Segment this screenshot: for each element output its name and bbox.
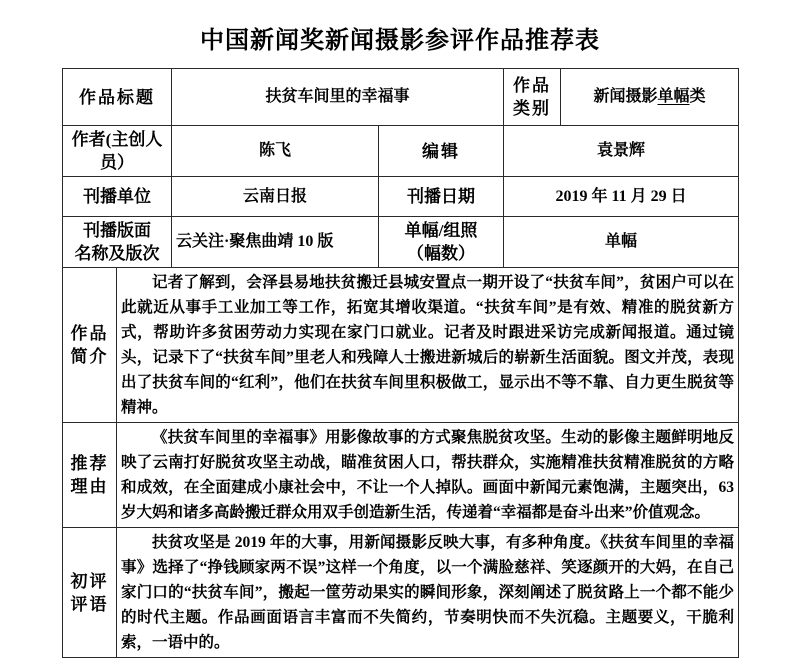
recommend-reason-text: 《扶贫车间里的幸福事》用影像故事的方式聚焦脱贫攻坚。生动的影像主题鲜明地反映了云… (121, 425, 734, 525)
label-recommend-reason: 推荐 理由 (63, 423, 117, 528)
label-editor: 编辑 (379, 126, 504, 177)
publish-date-value: 2019 年 11 月 29 日 (504, 177, 739, 217)
initial-review-paragraph: 扶贫攻坚是 2019 年的大事，用新闻摄影反映大事，有多种角度。《扶贫车间里的幸… (117, 528, 739, 658)
row-author: 作者(主创人 员） 陈飞 编辑 袁景辉 (63, 126, 739, 177)
row-publisher: 刊播单位 云南日报 刊播日期 2019 年 11 月 29 日 (63, 177, 739, 217)
label-publish-date: 刊播日期 (379, 177, 504, 217)
editor-value: 袁景辉 (504, 126, 739, 177)
category-underlined-text: 单幅 (658, 88, 690, 105)
label-work-category: 作品 类别 (504, 69, 561, 126)
row-work-intro: 作品 简介 记者了解到，会泽县易地扶贫搬迁县城安置点一期开设了“扶贫车间”，贫困… (63, 268, 739, 423)
label-author: 作者(主创人 员） (63, 126, 172, 177)
label-publish-org: 刊播单位 (63, 177, 172, 217)
initial-review-text: 扶贫攻坚是 2019 年的大事，用新闻摄影反映大事，有多种角度。《扶贫车间里的幸… (121, 530, 734, 655)
label-publish-page: 刊播版面 名称及版次 (63, 217, 172, 268)
work-title-value: 扶贫车间里的幸福事 (172, 69, 504, 126)
format-value: 单幅 (504, 217, 739, 268)
publish-org-value: 云南日报 (172, 177, 379, 217)
row-recommend-reason: 推荐 理由 《扶贫车间里的幸福事》用影像故事的方式聚焦脱贫攻坚。生动的影像主题鲜… (63, 423, 739, 528)
recommendation-form-table: 作品标题 扶贫车间里的幸福事 作品 类别 新闻摄影单幅类 作者(主创人 员） 陈… (62, 68, 739, 658)
label-format: 单幅/组照 （幅数） (379, 217, 504, 268)
page: { "page": { "title": "中国新闻奖新闻摄影参评作品推荐表" … (0, 0, 800, 615)
publish-page-value: 云关注·聚焦曲靖 10 版 (172, 217, 379, 268)
category-prefix-text: 新闻摄影 (593, 88, 657, 105)
work-category-value: 新闻摄影单幅类 (561, 69, 739, 126)
row-initial-review: 初评 评语 扶贫攻坚是 2019 年的大事，用新闻摄影反映大事，有多种角度。《扶… (63, 528, 739, 658)
category-suffix-text: 类 (690, 88, 706, 105)
recommend-reason-paragraph: 《扶贫车间里的幸福事》用影像故事的方式聚焦脱贫攻坚。生动的影像主题鲜明地反映了云… (117, 423, 739, 528)
work-intro-paragraph: 记者了解到，会泽县易地扶贫搬迁县城安置点一期开设了“扶贫车间”，贫困户可以在此就… (117, 268, 739, 423)
label-work-intro: 作品 简介 (63, 268, 117, 423)
label-work-title: 作品标题 (63, 69, 172, 126)
row-publish-page: 刊播版面 名称及版次 云关注·聚焦曲靖 10 版 单幅/组照 （幅数） 单幅 (63, 217, 739, 268)
row-work-title: 作品标题 扶贫车间里的幸福事 作品 类别 新闻摄影单幅类 (63, 69, 739, 126)
label-initial-review: 初评 评语 (63, 528, 117, 658)
work-intro-text: 记者了解到，会泽县易地扶贫搬迁县城安置点一期开设了“扶贫车间”，贫困户可以在此就… (121, 270, 734, 420)
author-value: 陈飞 (172, 126, 379, 177)
document-title: 中国新闻奖新闻摄影参评作品推荐表 (0, 20, 800, 55)
